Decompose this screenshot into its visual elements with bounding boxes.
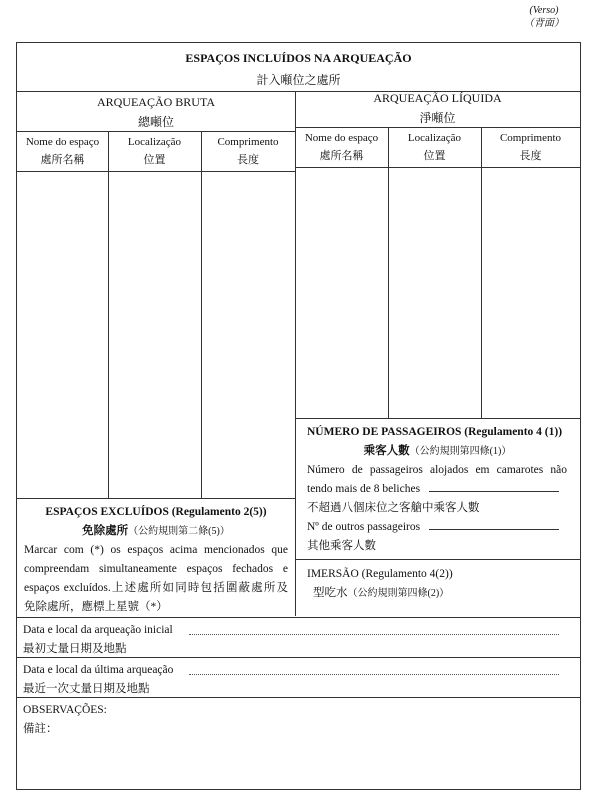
- passengers-line2: tendo mais de 8 beliches: [307, 480, 559, 499]
- initial-tonnage-label: Data e local da arqueação inicial: [23, 621, 173, 640]
- net-col-length: Comprimento 長度: [481, 129, 580, 165]
- net-location-entries[interactable]: [389, 168, 480, 417]
- observations-label: OBSERVAÇÕES:: [23, 701, 107, 720]
- passengers-line4: Nº de outros passageiros: [307, 518, 559, 537]
- passengers-title: NÚMERO DE PASSAGEIROS (Regulamento 4 (1)…: [307, 423, 562, 442]
- immersion-title-zh: 型吃水（公約規則第四條(2)）: [313, 584, 449, 603]
- net-tonnage-title: ARQUEAÇÃO LÍQUIDA: [295, 91, 580, 106]
- page-side-label: (Verso) （背面）: [524, 4, 564, 30]
- passengers-line1: Número de passageiros alojados em camaro…: [307, 461, 567, 480]
- gross-name-entries[interactable]: [18, 172, 107, 497]
- passengers-title-zh: 乘客人數（公約規則第四條(1)）: [295, 442, 580, 461]
- net-name-entries[interactable]: [296, 168, 387, 417]
- excluded-line3: espaços excluídos.上述處所如同時包括圍蔽處所及: [24, 579, 288, 598]
- gross-col-location: Localização 位置: [108, 133, 201, 169]
- initial-tonnage-field[interactable]: [189, 634, 559, 635]
- excluded-title: ESPAÇOS EXCLUÍDOS (Regulamento 2(5)): [17, 503, 295, 522]
- last-tonnage-field[interactable]: [189, 674, 559, 675]
- passengers-line5: 其他乘客人數: [307, 537, 376, 556]
- excluded-title-zh: 免除處所（公約規則第二條(5)）: [17, 522, 295, 541]
- verso-label-zh: （背面）: [524, 17, 564, 30]
- tonnage-form: ESPAÇOS INCLUÍDOS NA ARQUEAÇÃO 計入噸位之處所 A…: [16, 42, 581, 790]
- net-tonnage-title-zh: 淨噸位: [295, 109, 580, 126]
- gross-location-entries[interactable]: [109, 172, 200, 497]
- immersion-title: IMERSÃO (Regulamento 4(2)): [307, 565, 453, 584]
- excluded-line2: compreendam simultaneamente espaços fech…: [24, 560, 288, 579]
- net-col-name: Nome do espaço 處所名稱: [295, 129, 388, 165]
- excluded-line1: Marcar com (*) os espaços acima menciona…: [24, 541, 288, 560]
- gross-tonnage-title-zh: 總噸位: [17, 113, 295, 130]
- excluded-line4: 免除處所，應標上星號（*）: [24, 598, 168, 617]
- gross-col-length: Comprimento 長度: [201, 133, 295, 169]
- included-title-zh: 計入噸位之處所: [17, 71, 580, 88]
- gross-tonnage-title: ARQUEAÇÃO BRUTA: [17, 95, 295, 110]
- gross-col-name: Nome do espaço 處所名稱: [17, 133, 108, 169]
- verso-label: (Verso): [524, 4, 564, 17]
- passengers-line3: 不超過八個床位之客艙中乘客人數: [307, 499, 480, 518]
- included-title: ESPAÇOS INCLUÍDOS NA ARQUEAÇÃO: [17, 51, 580, 66]
- observations-label-zh: 備註：: [23, 720, 58, 739]
- net-length-entries[interactable]: [482, 168, 579, 417]
- cabin-passengers-field[interactable]: [429, 491, 559, 492]
- net-col-location: Localização 位置: [388, 129, 481, 165]
- observations-field[interactable]: [77, 723, 572, 783]
- other-passengers-field[interactable]: [429, 529, 559, 530]
- last-tonnage-label: Data e local da última arqueação: [23, 661, 173, 680]
- gross-length-entries[interactable]: [202, 172, 294, 497]
